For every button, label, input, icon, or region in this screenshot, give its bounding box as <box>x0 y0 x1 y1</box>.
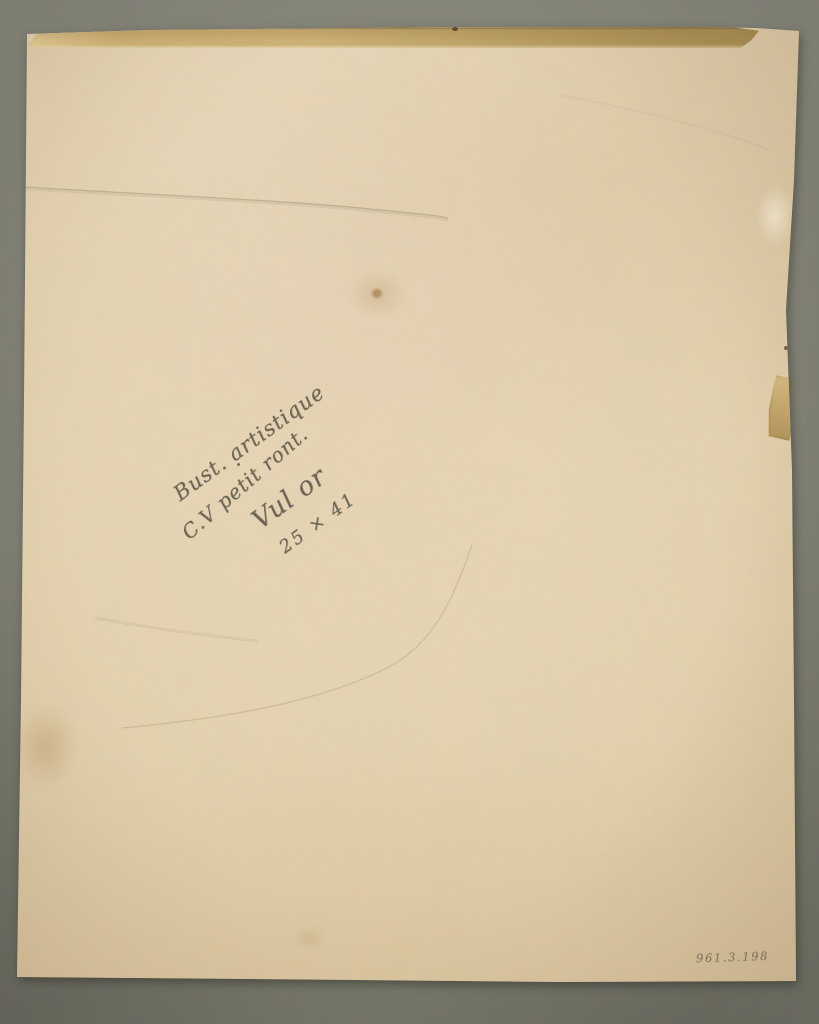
stain-upper-middle-core <box>372 289 382 298</box>
speck-near-inscription <box>237 463 240 466</box>
speck-right-edge <box>784 346 788 350</box>
paper-shadow-wrapper: Bust. artistique C.V petit ront. Vul or … <box>0 0 819 1024</box>
paper-sheet-verso: Bust. artistique C.V petit ront. Vul or … <box>0 0 819 1024</box>
edge-notch-speck-top <box>452 27 458 31</box>
stain-bottom-left <box>14 704 78 788</box>
adhesive-residue-strip-top <box>28 27 759 48</box>
stain-bottom-middle <box>294 926 326 950</box>
tape-ghost-right-edge <box>756 186 794 246</box>
accession-number: 961.3.198 <box>696 949 769 966</box>
